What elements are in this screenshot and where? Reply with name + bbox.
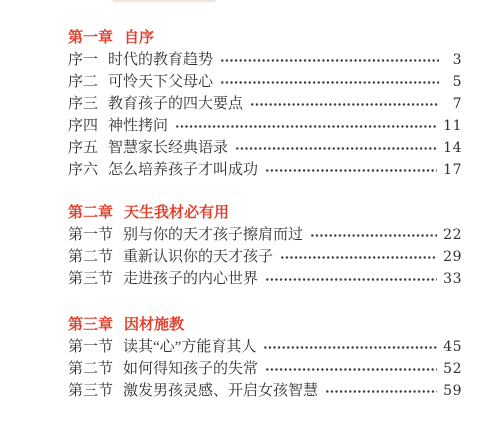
toc-entry: 序一 时代的教育趋势 3 [68,49,462,71]
dot-leader-icon [250,93,439,115]
toc-section: 第三章 因材施教 第一节 读其“心”方能育其人 45 第二节 如何得知孩子的失常… [68,314,462,402]
toc-entry: 序三 教育孩子的四大要点 7 [68,93,462,115]
toc-entry: 第三节 激发男孩灵感、开启女孩智慧 59 [68,380,462,402]
dot-leader-icon [265,159,437,181]
chapter-heading: 第一章 自序 [68,27,462,49]
entry-label: 第三节 [68,268,113,290]
entry-label: 第二节 [68,246,113,268]
entry-page-number: 29 [443,246,462,268]
entry-page-number: 14 [443,137,462,159]
entry-page-number: 3 [445,49,462,71]
entry-page-number: 11 [443,115,462,137]
dot-leader-icon [265,358,437,380]
entry-title: 重新认识你的天才孩子 [123,246,273,268]
toc-entry: 第二节 如何得知孩子的失常 52 [68,358,462,380]
dot-leader-icon [310,224,437,246]
entry-label: 序五 [68,137,98,159]
entry-title: 神性拷问 [108,115,168,137]
entry-title: 教育孩子的四大要点 [108,93,243,115]
chapter-entries: 第一节 别与你的天才孩子擦肩而过 22 第二节 重新认识你的天才孩子 29 第三… [68,224,462,290]
chapter-label: 第一章 [68,27,113,49]
toc-section: 第二章 天生我材必有用 第一节 别与你的天才孩子擦肩而过 22 第二节 重新认识… [68,202,462,290]
dot-leader-icon [175,115,437,137]
chapter-heading: 第二章 天生我材必有用 [68,202,462,224]
toc-entry: 第三节 走进孩子的内心世界 33 [68,268,462,290]
chapter-label: 第三章 [68,314,113,336]
chapter-title: 自序 [124,27,154,49]
dot-leader-icon [325,380,437,402]
entry-page-number: 17 [443,159,462,181]
entry-page-number: 7 [445,93,462,115]
chapter-entries: 序一 时代的教育趋势 3 序二 可怜天下父母心 5 序三 教育孩子的四大要点 7… [68,49,462,181]
entry-label: 序三 [68,93,98,115]
entry-label: 序二 [68,71,98,93]
dot-leader-icon [220,71,439,93]
entry-page-number: 45 [443,336,462,358]
toc-entry: 第一节 别与你的天才孩子擦肩而过 22 [68,224,462,246]
entry-label: 第一节 [68,336,113,358]
entry-page-number: 5 [445,71,462,93]
entry-label: 第一节 [68,224,113,246]
toc-entry: 第一节 读其“心”方能育其人 45 [68,336,462,358]
dot-leader-icon [280,246,437,268]
dot-leader-icon [263,336,437,358]
entry-label: 第三节 [68,380,113,402]
entry-title: 可怜天下父母心 [108,71,213,93]
toc-entry: 序五 智慧家长经典语录 14 [68,137,462,159]
entry-page-number: 59 [443,380,462,402]
entry-label: 第二节 [68,358,113,380]
entry-page-number: 52 [443,358,462,380]
chapter-label: 第二章 [68,202,113,224]
chapter-heading: 第三章 因材施教 [68,314,462,336]
toc-entry: 序二 可怜天下父母心 5 [68,71,462,93]
toc-entry: 序六 怎么培养孩子才叫成功 17 [68,159,462,181]
entry-page-number: 22 [443,224,462,246]
dot-leader-icon [265,268,437,290]
toc-entry: 第二节 重新认识你的天才孩子 29 [68,246,462,268]
entry-title: 如何得知孩子的失常 [123,358,258,380]
chapter-title: 天生我材必有用 [124,202,229,224]
entry-title: 时代的教育趋势 [108,49,213,71]
dot-leader-icon [235,137,437,159]
entry-label: 序六 [68,159,98,181]
entry-label: 序四 [68,115,98,137]
entry-title: 别与你的天才孩子擦肩而过 [123,224,303,246]
chapter-title: 因材施教 [124,314,184,336]
entry-label: 序一 [68,49,98,71]
entry-title: 怎么培养孩子才叫成功 [108,159,258,181]
entry-title: 智慧家长经典语录 [108,137,228,159]
scan-artifact-top [112,0,216,2]
entry-title: 走进孩子的内心世界 [123,268,258,290]
entry-title: 激发男孩灵感、开启女孩智慧 [123,380,318,402]
toc-section: 第一章 自序 序一 时代的教育趋势 3 序二 可怜天下父母心 5 序三 教育孩子… [68,27,462,181]
toc-entry: 序四 神性拷问 11 [68,115,462,137]
entry-page-number: 33 [443,268,462,290]
entry-title: 读其“心”方能育其人 [123,336,256,358]
toc-page: 第一章 自序 序一 时代的教育趋势 3 序二 可怜天下父母心 5 序三 教育孩子… [0,0,484,433]
dot-leader-icon [220,49,439,71]
table-of-contents: 第一章 自序 序一 时代的教育趋势 3 序二 可怜天下父母心 5 序三 教育孩子… [68,27,462,402]
chapter-entries: 第一节 读其“心”方能育其人 45 第二节 如何得知孩子的失常 52 第三节 激… [68,336,462,402]
